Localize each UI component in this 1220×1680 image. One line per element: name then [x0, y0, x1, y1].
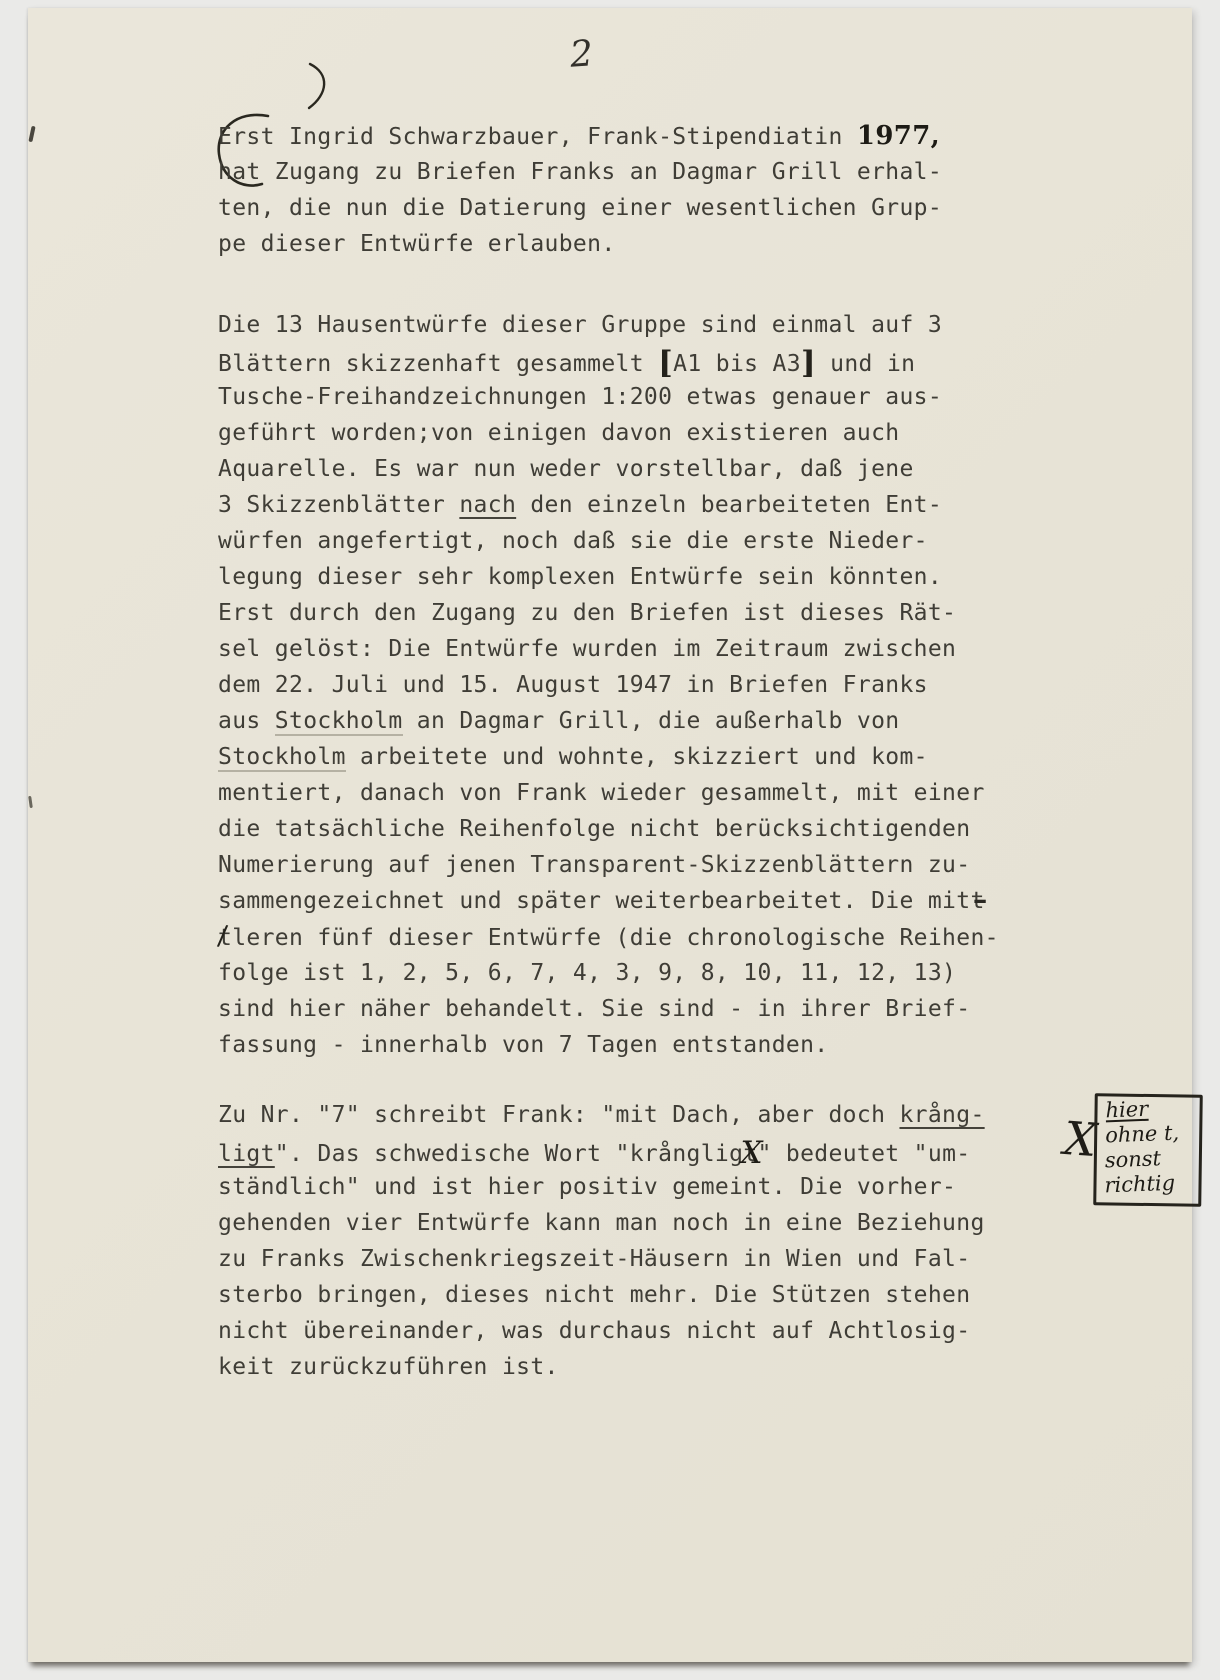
text-segment-uf: Stockholm	[275, 708, 403, 736]
text-line: Erst Ingrid Schwarzbauer, Frank-Stipendi…	[218, 118, 998, 154]
text-segment: Numerierung auf jenen Transparent-Skizze…	[218, 852, 970, 878]
text-line: sind hier näher behandelt. Sie sind - in…	[218, 991, 998, 1027]
text-segment: zu Franks Zwischenkriegszeit-Häusern in …	[218, 1246, 970, 1272]
text-line: würfen angefertigt, noch daß sie die ers…	[218, 523, 998, 559]
text-line: Erst durch den Zugang zu den Briefen ist…	[218, 595, 998, 631]
text-line: Zu Nr. "7" schreibt Frank: "mit Dach, ab…	[218, 1097, 998, 1133]
text-segment: an Dagmar Grill, die außerhalb von	[403, 708, 900, 734]
text-segment-u: nach	[459, 492, 516, 518]
text-segment: sind hier näher behandelt. Sie sind - in…	[218, 996, 970, 1022]
paper-edge-mark	[28, 796, 33, 808]
paragraph: Die 13 Hausentwürfe dieser Gruppe sind e…	[218, 307, 998, 1063]
text-segment: sterbo bringen, dieses nicht mehr. Die S…	[218, 1282, 970, 1308]
text-line: ständlich" und ist hier positiv gemeint.…	[218, 1169, 998, 1205]
text-segment-u: ligt	[218, 1141, 275, 1167]
text-segment: ten, die nun die Datierung einer wesentl…	[218, 195, 942, 221]
text-segment: die tatsächliche Reihenfolge nicht berüc…	[218, 816, 970, 842]
text-line: Stockholm arbeitete und wohnte, skizzier…	[218, 739, 998, 775]
margin-note-box: hier ohne t, sonst richtig	[1093, 1093, 1203, 1206]
text-line: Aquarelle. Es war nun weder vorstellbar,…	[218, 451, 998, 487]
scan-background: { "page": { "number": "2", "background_c…	[0, 0, 1220, 1680]
text-line: sterbo bringen, dieses nicht mehr. Die S…	[218, 1277, 998, 1313]
text-segment: " bedeutet "um-	[758, 1141, 971, 1167]
text-line: sammengezeichnet und später weiterbearbe…	[218, 883, 998, 919]
text-segment: Erst Ingrid Schwarzbauer, Frank-Stipendi…	[218, 124, 857, 150]
text-line: nicht übereinander, was durchaus nicht a…	[218, 1313, 998, 1349]
text-segment: pe dieser Entwürfe erlauben.	[218, 231, 616, 257]
text-segment: nicht übereinander, was durchaus nicht a…	[218, 1318, 970, 1344]
text-segment: gehenden vier Entwürfe kann man noch in …	[218, 1210, 985, 1236]
text-segment: A1 bis A3	[673, 351, 801, 377]
text-line: Tusche-Freihandzeichnungen 1:200 etwas g…	[218, 379, 998, 415]
text-segment: sel gelöst: Die Entwürfe wurden im Zeitr…	[218, 636, 956, 662]
text-line: ten, die nun die Datierung einer wesentl…	[218, 190, 998, 226]
text-segment: würfen angefertigt, noch daß sie die ers…	[218, 528, 928, 554]
paragraph: Erst Ingrid Schwarzbauer, Frank-Stipendi…	[218, 118, 998, 262]
text-segment: hat Zugang zu Briefen Franks an Dagmar G…	[218, 159, 942, 185]
text-segment-uf: Stockholm	[218, 744, 346, 772]
margin-note-line: hier	[1105, 1095, 1200, 1124]
text-segment: Erst durch den Zugang zu den Briefen ist…	[218, 600, 956, 626]
margin-note-line: sonst	[1104, 1145, 1199, 1174]
text-segment: ". Das schwedische Wort "krånglig	[275, 1141, 744, 1167]
text-line: die tatsächliche Reihenfolge nicht berüc…	[218, 811, 998, 847]
text-line: ligt". Das schwedische Wort "krångligtX"…	[218, 1133, 998, 1169]
text-segment: geführt worden;von einigen davon existie…	[218, 420, 899, 446]
text-line: aus Stockholm an Dagmar Grill, die außer…	[218, 703, 998, 739]
text-line: fassung - innerhalb von 7 Tagen entstand…	[218, 1027, 998, 1063]
text-line: keit zurückzuführen ist.	[218, 1349, 998, 1385]
text-segment: sammengezeichnet und später weiterbearbe…	[218, 888, 970, 914]
text-segment: legung dieser sehr komplexen Entwürfe se…	[218, 564, 942, 590]
text-segment: den einzeln bearbeiteten Ent-	[516, 492, 942, 518]
text-segment: dem 22. Juli und 15. August 1947 in Brie…	[218, 672, 928, 698]
text-segment: Die 13 Hausentwürfe dieser Gruppe sind e…	[218, 312, 942, 338]
text-line: t/leren fünf dieser Entwürfe (die chrono…	[218, 919, 998, 955]
text-segment: aus	[218, 708, 275, 734]
paper-edge-mark	[28, 126, 35, 142]
paragraph: Zu Nr. "7" schreibt Frank: "mit Dach, ab…	[218, 1097, 998, 1385]
text-line: mentiert, danach von Frank wieder gesamm…	[218, 775, 998, 811]
text-line: pe dieser Entwürfe erlauben.	[218, 226, 998, 262]
document-page: 2 Erst Ingrid Schwarzbauer, Frank-Stipen…	[28, 8, 1192, 1662]
text-segment-hbracket: [	[658, 345, 673, 381]
text-segment: und in	[816, 351, 915, 377]
text-line: Die 13 Hausentwürfe dieser Gruppe sind e…	[218, 307, 998, 343]
text-segment: Aquarelle. Es war nun weder vorstellbar,…	[218, 456, 914, 482]
text-line: zu Franks Zwischenkriegszeit-Häusern in …	[218, 1241, 998, 1277]
text-segment: ständlich" und ist hier positiv gemeint.…	[218, 1174, 956, 1200]
text-line: Blättern skizzenhaft gesammelt [A1 bis A…	[218, 343, 998, 379]
text-segment: Zu Nr. "7" schreibt Frank: "mit Dach, ab…	[218, 1102, 899, 1128]
text-line: 3 Skizzenblätter nach den einzeln bearbe…	[218, 487, 998, 523]
text-line: gehenden vier Entwürfe kann man noch in …	[218, 1205, 998, 1241]
text-segment: mentiert, danach von Frank wieder gesamm…	[218, 780, 985, 806]
text-segment: 3 Skizzenblätter	[218, 492, 459, 518]
text-line: geführt worden;von einigen davon existie…	[218, 415, 998, 451]
text-segment: leren fünf dieser Entwürfe (die chronolo…	[232, 925, 999, 951]
text-segment: folge ist 1, 2, 5, 6, 7, 4, 3, 9, 8, 10,…	[218, 960, 956, 986]
text-segment-hbracket: ]	[801, 345, 816, 381]
text-segment: Blättern skizzenhaft gesammelt	[218, 351, 658, 377]
margin-note-line: ohne t,	[1105, 1120, 1200, 1149]
text-line: dem 22. Juli und 15. August 1947 in Brie…	[218, 667, 998, 703]
text-line: legung dieser sehr komplexen Entwürfe se…	[218, 559, 998, 595]
text-segment-u: krång-	[899, 1102, 984, 1128]
page-number: 2	[569, 33, 595, 75]
text-line: Numerierung auf jenen Transparent-Skizze…	[218, 847, 998, 883]
text-segment-overslash: /	[216, 918, 220, 954]
text-segment: Tusche-Freihandzeichnungen 1:200 etwas g…	[218, 384, 942, 410]
text-segment: fassung - innerhalb von 7 Tagen entstand…	[218, 1032, 828, 1058]
text-line: folge ist 1, 2, 5, 6, 7, 4, 3, 9, 8, 10,…	[218, 955, 998, 991]
text-segment: arbeitete und wohnte, skizziert und kom-	[346, 744, 928, 770]
text-segment: keit zurückzuführen ist.	[218, 1354, 559, 1380]
text-line: sel gelöst: Die Entwürfe wurden im Zeitr…	[218, 631, 998, 667]
text-line: hat Zugang zu Briefen Franks an Dagmar G…	[218, 154, 998, 190]
text-segment-hand: 1977,	[857, 121, 940, 151]
margin-note-line: richtig	[1104, 1170, 1199, 1199]
